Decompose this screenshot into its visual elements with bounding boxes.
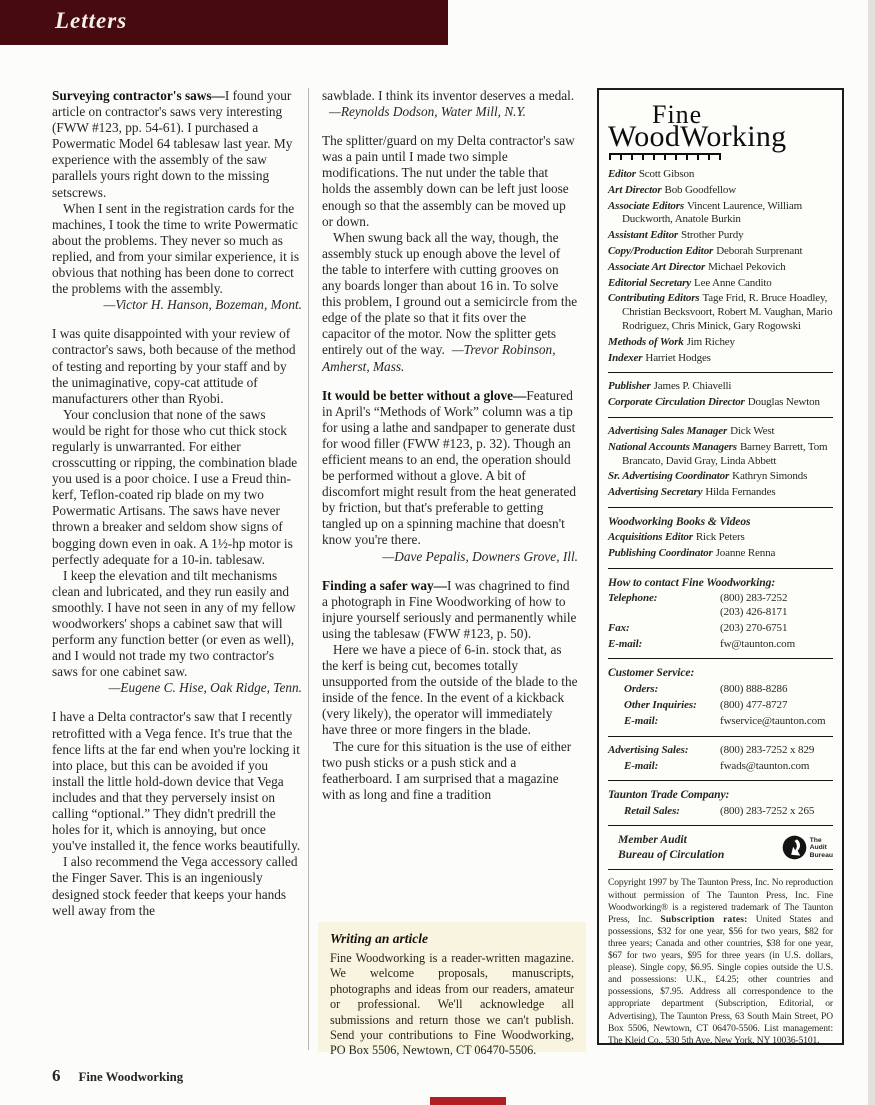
role-value: Harriet Hodges [645,352,710,364]
role-label: Copy/Production Editor [608,245,713,257]
audit-bureau-logo: The Audit Bureau [782,835,833,860]
letter-signature: —Eugene C. Hise, Oak Ridge, Tenn. [52,680,302,696]
role-label: Publisher [608,380,651,392]
role-label: Advertising Sales Manager [608,425,727,437]
letter-lead: It would be better without a glove— [322,388,526,403]
role-value: Douglas Newton [748,396,820,408]
audit-line-1: Member Audit [618,833,775,848]
contact-label: Orders: [624,683,720,697]
contact-row: E-mail:fwservice@taunton.com [624,715,833,729]
page-title: Letters [55,8,127,34]
masthead-rule [608,869,833,870]
contact-row: Orders:(800) 888-8286 [624,683,833,697]
contact-row: Telephone:(800) 283-7252 (203) 426-8171 [608,592,833,619]
letter-paragraph: The splitter/guard on my Delta contracto… [322,133,578,230]
letter-signature: —Reynolds Dodson, Water Mill, N.Y. [329,104,526,119]
magazine-logo: Fine WoodWorking [608,100,833,160]
letter-signature: —Victor H. Hanson, Bozeman, Mont. [52,297,302,313]
masthead-entry: Editorial SecretaryLee Anne Candito [608,277,833,291]
letter-text: I found your article on contractor's saw… [52,88,292,200]
contact-value: (800) 283-7252 (203) 426-8171 [720,592,787,619]
contact-value: (800) 888-8286 [720,683,787,697]
role-value: Lee Anne Candito [694,277,772,289]
role-label: Publishing Coordinator [608,547,713,559]
contact-label: Retail Sales: [624,805,720,819]
masthead-rule [608,568,833,569]
role-value: Scott Gibson [639,168,694,180]
letters-column-1: Surveying contractor's saws—I found your… [52,88,302,919]
contact-value: fw@taunton.com [720,638,795,652]
column-divider [308,88,309,1050]
role-label: Associate Art Director [608,261,705,273]
masthead-entry: Contributing EditorsTage Frid, R. Bruce … [608,292,833,333]
masthead-entry: Copy/Production EditorDeborah Surprenant [608,245,833,259]
letter-paragraph: When swung back all the way, though, the… [322,230,578,375]
role-value: Strother Purdy [681,229,743,241]
page-header-bar: Letters [0,0,448,45]
page-footer: 6 Fine Woodworking [52,1066,183,1086]
masthead-rule [608,780,833,781]
masthead-entry: National Accounts ManagersBarney Barrett… [608,441,833,469]
letter-lead: Finding a safer way— [322,578,447,593]
letter-paragraph: Your conclusion that none of the saws wo… [52,407,302,568]
masthead-entry: Art DirectorBob Goodfellow [608,184,833,198]
role-value: Michael Pekovich [708,261,785,273]
masthead-entry: IndexerHarriet Hodges [608,352,833,366]
contact-label: Fax: [608,622,720,636]
role-label: Editorial Secretary [608,277,691,289]
role-label: Art Director [608,184,662,196]
letter-signature: —Dave Pepalis, Downers Grove, Ill. [322,549,578,565]
masthead-rule [608,658,833,659]
masthead-entry: Sr. Advertising CoordinatorKathryn Simon… [608,470,833,484]
masthead-rule [608,736,833,737]
letter-text: When swung back all the way, though, the… [322,230,577,358]
subscription-rates-text: United States and possessions, $32 for o… [608,915,833,1045]
letter-paragraph: sawblade. I think its inventor deserves … [322,88,578,120]
letter-paragraph: I was quite disappointed with your revie… [52,326,302,406]
letter-paragraph: It would be better without a glove—Featu… [322,388,578,549]
role-label: Contributing Editors [608,292,699,304]
contact-label: Advertising Sales: [608,744,720,758]
role-label: National Accounts Managers [608,441,737,453]
masthead-rule [608,507,833,508]
role-value: Jim Richey [687,336,735,348]
masthead-entry: Corporate Circulation DirectorDouglas Ne… [608,396,833,410]
role-label: Associate Editors [608,200,684,212]
letter-paragraph: Here we have a piece of 6-in. stock that… [322,642,578,739]
contact-label: E-mail: [608,638,720,652]
contact-value: fwservice@taunton.com [720,715,825,729]
masthead-entry: Advertising SecretaryHilda Fernandes [608,486,833,500]
letter-paragraph: I have a Delta contractor's saw that I r… [52,709,302,854]
logo-dovetail-ticks-icon [609,153,721,160]
subscription-rates-label: Subscription rates: [660,915,747,925]
letter-paragraph: I also recommend the Vega accessory call… [52,854,302,918]
role-label: Corporate Circulation Director [608,396,745,408]
customer-service-heading: Customer Service: [608,666,833,680]
contact-row: Retail Sales:(800) 283-7252 x 265 [624,805,833,819]
role-value: Kathryn Simonds [732,470,807,482]
contact-heading: How to contact Fine Woodworking: [608,576,833,590]
contact-value: (203) 270-6751 [720,622,787,636]
contact-row: Fax:(203) 270-6751 [608,622,833,636]
masthead-entry: Associate EditorsVincent Laurence, Willi… [608,200,833,228]
masthead-entry: EditorScott Gibson [608,168,833,182]
masthead-entry: Methods of WorkJim Richey [608,336,833,350]
masthead-rule [608,372,833,373]
letter-paragraph: Surveying contractor's saws—I found your… [52,88,302,201]
contact-value: (800) 283-7252 x 829 [720,744,814,758]
role-label: Acquisitions Editor [608,531,693,543]
contact-value: (800) 283-7252 x 265 [720,805,814,819]
audit-bureau-label: The Audit Bureau [810,837,833,859]
role-label: Assistant Editor [608,229,678,241]
audit-membership-text: Member Audit Bureau of Circulation [618,833,775,862]
contact-label: E-mail: [624,760,720,774]
contact-value: fwads@taunton.com [720,760,809,774]
page-number: 6 [52,1066,61,1086]
bottom-red-mark [430,1097,506,1105]
role-value: Rick Peters [696,531,745,543]
letters-column-2: sawblade. I think its inventor deserves … [322,88,578,803]
masthead-entry: Advertising Sales ManagerDick West [608,425,833,439]
contact-row: E-mail:fwads@taunton.com [624,760,833,774]
writing-box-title: Writing an article [330,931,574,947]
masthead-entry: Associate Art DirectorMichael Pekovich [608,261,833,275]
letter-lead: Surveying contractor's saws— [52,88,225,103]
masthead-entry: Publishing CoordinatorJoanne Renna [608,547,833,561]
magazine-name-footer: Fine Woodworking [79,1070,184,1085]
audit-line-2: Bureau of Circulation [618,848,775,863]
page-scan-edge [868,0,875,1105]
writing-box-body: Fine Woodworking is a reader-written mag… [330,951,574,1059]
masthead-entry: PublisherJames P. Chiavelli [608,380,833,394]
role-label: Advertising Secretary [608,486,702,498]
masthead-entry: Acquisitions EditorRick Peters [608,531,833,545]
letter-text: sawblade. I think its inventor deserves … [322,88,574,103]
role-label: Sr. Advertising Coordinator [608,470,729,482]
taunton-trade-heading: Taunton Trade Company: [608,788,833,802]
logo-line-woodworking: WoodWorking [608,120,833,154]
letter-paragraph: I keep the elevation and tilt mechanisms… [52,568,302,681]
masthead-box: Fine WoodWorking EditorScott Gibson Art … [597,88,844,1045]
contact-value: (800) 477-8727 [720,699,787,713]
role-value: Dick West [730,425,774,437]
letter-paragraph: When I sent in the registration cards fo… [52,201,302,298]
role-label: Editor [608,168,636,180]
copyright-fine-print: Copyright 1997 by The Taunton Press, Inc… [608,877,833,1045]
role-value: Bob Goodfellow [665,184,737,196]
contact-label: E-mail: [624,715,720,729]
contact-row: Other Inquiries:(800) 477-8727 [624,699,833,713]
role-value: Joanne Renna [716,547,776,559]
books-videos-heading: Woodworking Books & Videos [608,515,833,529]
letter-paragraph: Finding a safer way—I was chagrined to f… [322,578,578,642]
contact-label: Other Inquiries: [624,699,720,713]
contact-row: E-mail:fw@taunton.com [608,638,833,652]
role-value: James P. Chiavelli [654,380,732,392]
audit-bureau-membership: Member Audit Bureau of Circulation The A… [618,833,833,862]
masthead-rule [608,825,833,826]
audit-bureau-circle-icon [782,835,807,860]
role-label: Methods of Work [608,336,684,348]
writing-an-article-box: Writing an article Fine Woodworking is a… [318,922,586,1052]
masthead-entry: Assistant EditorStrother Purdy [608,229,833,243]
contact-row: Advertising Sales:(800) 283-7252 x 829 [608,744,833,758]
role-value: Hilda Fernandes [705,486,775,498]
masthead-rule [608,417,833,418]
role-value: Deborah Surprenant [716,245,802,257]
contact-label: Telephone: [608,592,720,619]
role-label: Indexer [608,352,642,364]
letter-text: Featured in April's “Methods of Work” co… [322,388,576,548]
letter-paragraph: The cure for this situation is the use o… [322,739,578,803]
